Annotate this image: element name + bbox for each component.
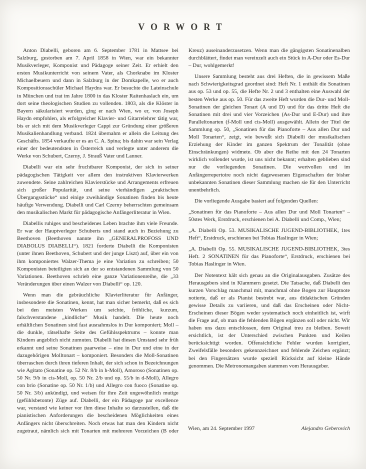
- preface-paragraph-biography: Anton Diabelli, geboren am 6. September …: [17, 47, 179, 160]
- preface-paragraph-composer: Diabelli war ein sehr fruchtbarer Kompon…: [17, 164, 179, 217]
- preface-paragraph-editorial-notes: Der Notentext hält sich genau an die Ori…: [189, 272, 351, 370]
- preface-source-op53: „A. Diabelli Op. 53. MUSIKALISCHE JUGEND…: [189, 227, 351, 242]
- preface-paragraph-beethoven: Diabellis ruhiges und bescheidenes Leben…: [17, 220, 179, 288]
- signature-place-date: Wien, am 24. September 1997: [188, 425, 255, 432]
- preface-text-columns: Anton Diabelli, geboren am 6. September …: [17, 47, 350, 441]
- preface-source-op50: „Sonatinen für das Pianoforte – Aus alle…: [189, 208, 351, 223]
- scanned-preface-page: VORWORT Anton Diabelli, geboren am 6. Se…: [0, 0, 366, 469]
- two-column-text-area: Anton Diabelli, geboren am 6. September …: [17, 47, 350, 441]
- preface-paragraph-collection: Unsere Sammlung besteht aus drei Heften,…: [189, 73, 351, 194]
- page-title: VORWORT: [0, 22, 366, 32]
- signature-author: Alejandro Geberovich: [301, 425, 350, 432]
- signature-row: Wien, am 24. September 1997 Alejandro Ge…: [188, 425, 350, 439]
- preface-source-op55: „A. Diabelli Op. 55. MUSIKALISCHE JUGEND…: [189, 246, 351, 269]
- preface-paragraph-sources-intro: Die vorliegende Ausgabe basiert auf folg…: [189, 197, 351, 205]
